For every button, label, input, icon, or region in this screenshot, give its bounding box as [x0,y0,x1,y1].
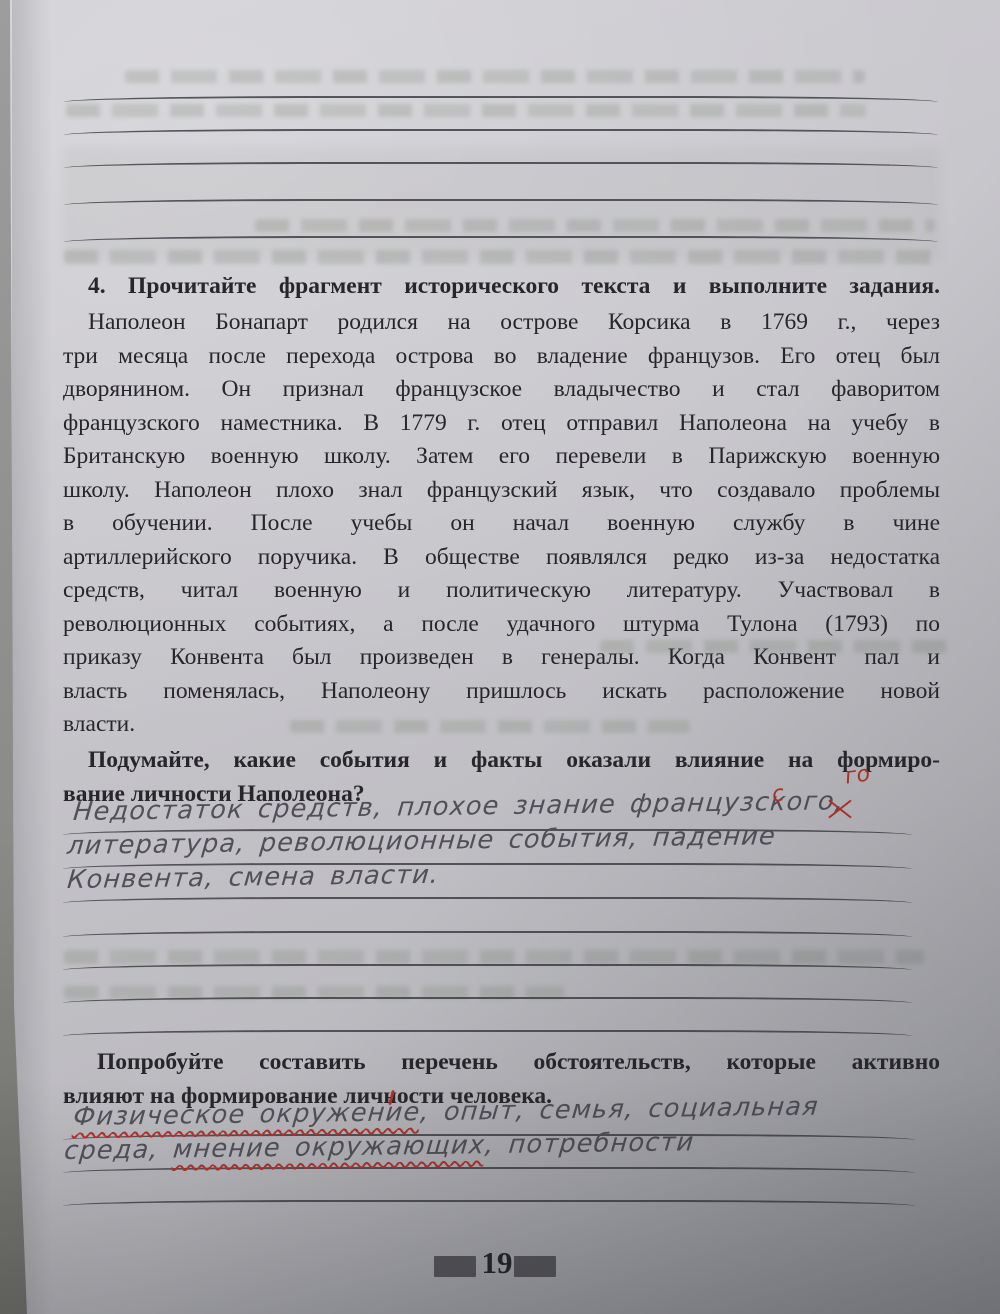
workbook-photo: 4. Прочитайте фрагмент исторического тек… [0,0,1000,1314]
paragraph-line: в обучении. После учебы он начал военную… [63,507,940,541]
ruled-line [64,236,938,248]
ruled-line [64,199,938,211]
paragraph-line: Наполеон Бонапарт родился на острове Кор… [63,306,940,340]
ruled-line [63,997,912,1009]
bleedthrough-smudge [64,950,924,964]
paragraph-line: школу. Наполеон плохо знал французский я… [63,474,940,508]
handwritten-answer-line: Конвента, смена власти. [66,860,441,895]
bleedthrough-smudge [255,219,935,232]
red-strikethrough-mark [828,797,852,821]
ruled-line [64,129,938,141]
ruled-line [63,1200,915,1212]
ruled-line [63,931,912,943]
paragraph-line: три месяца после перехода острова во вла… [63,340,940,374]
task4-paragraph: Наполеон Бонапарт родился на острове Кор… [63,306,940,742]
paragraph-line: Британскую военную школу. Затем его пере… [63,440,940,474]
footer-square [434,1256,476,1277]
paragraph-line: революционных событиях, а после удачного… [63,608,940,642]
red-correction-letters: го [843,761,871,789]
task5-heading-line: Попробуйте составить перечень обстоятель… [63,1046,940,1080]
question-line: Подумайте, какие события и факты оказали… [63,744,940,778]
ruled-line [63,964,912,976]
ruled-line [63,1030,912,1042]
ruled-line [63,897,912,909]
bleedthrough-smudge [125,70,865,83]
handwritten-words: , потребности [484,1127,696,1160]
handwritten-answer-line: литература, революционные события, паден… [66,821,777,861]
ruled-line [64,96,938,108]
paragraph-line: дворянином. Он признал французское влады… [63,373,940,407]
paragraph-line: средств, читал военную и политическую ли… [63,574,940,608]
paragraph-line: власти. [63,708,940,742]
ruled-line [63,1167,915,1179]
red-wavy-underlined-words: Физическое окружение [72,1097,422,1132]
task4-heading: 4. Прочитайте фрагмент исторического тек… [63,270,940,304]
bleedthrough-smudge [64,250,938,264]
paragraph-line: артиллерийского поручика. В обществе поя… [63,541,940,575]
page-gutter-shadow [12,0,52,1314]
handwritten-answer-line: среда, мнение окружающих, потребности [63,1127,696,1166]
page-number: 19 [477,1245,517,1281]
page-surface: 4. Прочитайте фрагмент исторического тек… [0,0,1000,1314]
paragraph-line: приказу Конвента был произведен в генера… [63,641,940,675]
paragraph-line: власть поменялась, Наполеону пришлось ис… [63,675,940,709]
footer-square [514,1256,556,1277]
ruled-line [64,162,938,174]
handwritten-words: среда, [63,1134,174,1166]
paragraph-line: французского наместника. В 1779 г. отец … [63,407,940,441]
red-wavy-underlined-words: мнение окружающих [172,1130,487,1164]
handwritten-words: , опыт, семья, социальная [419,1092,820,1128]
